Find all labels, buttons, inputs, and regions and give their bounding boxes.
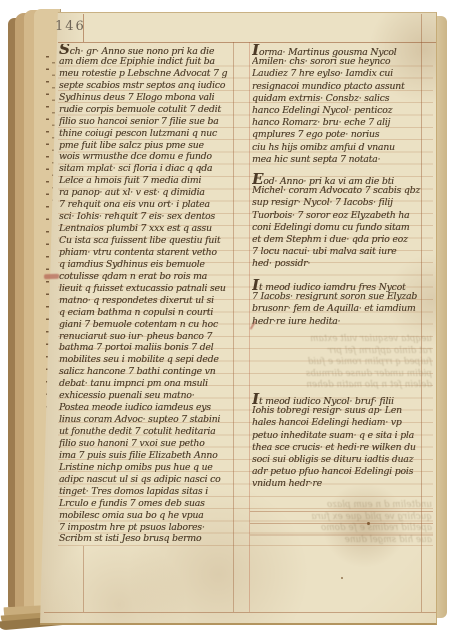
manuscript-text-line: petuo inheditate suam· q e sita i pla: [252, 430, 436, 442]
manuscript-text-line: Michel· coram Advocato 7 scabis qbz: [252, 185, 436, 197]
manuscript-text-line: Sch· gr· Anno sue nono pri ka die: [59, 44, 233, 56]
manuscript-text-line: mobilesc omia sua bo q he vpua: [59, 510, 233, 522]
manuscript-text-line: hales hancoi Edelingi hediam· vp: [252, 417, 436, 429]
manuscript-text-line: septe scabios mstr septos anq iudico: [59, 80, 233, 92]
manuscript-text-line: sci· Iohis· rehquit 7 eis· sex dentos: [59, 211, 233, 223]
manuscript-text-line: 7 locu nacui· ubi malva sait iure: [252, 246, 436, 258]
manuscript-text-line: mobilites seu i mobilite q sepi dede: [59, 354, 233, 366]
manuscript-text-line: ima 7 puis suis filie Elizabeth Anno: [59, 450, 233, 462]
manuscript-text-line: am diem dce Epiphie indict fuit ba: [59, 56, 233, 68]
manuscript-text-line: debat· tanu impnci pm ona msuli: [59, 378, 233, 390]
manuscript-text-line: delein fet n plo matin dehen: [254, 380, 432, 392]
manuscript-text-line: 7 rehquit ona eis vnu ort· i platea: [59, 199, 233, 211]
manuscript-text-line: meu rotestie p Lebschne Advocat 7 g: [59, 68, 233, 80]
manuscript-text-line: thea sce crucis· et hedi·re wilken du: [252, 442, 436, 454]
manuscript-text-line: quchirg ve plid que ex fura: [254, 512, 432, 524]
manuscript-text-line: hanco Romarz· bru· eche 7 alij: [252, 117, 436, 129]
manuscript-text-line: undtelim d n eum plazo: [254, 500, 432, 512]
manuscript-text-line: aue hid smgel dune: [254, 535, 432, 547]
manuscript-text-line: ra panop· aut xl· v est· q dimidia: [59, 187, 233, 199]
manuscript-text-line: bathma 7 portoi maliis bonis 7 del: [59, 342, 233, 354]
manuscript-text-line: hedr·re iure hedita·: [252, 316, 436, 328]
manuscript-text-line: Postea meode iudico iamdeus eys: [59, 402, 233, 414]
manuscript-text-line: thine coiugi pescon lutzmani q nuc: [59, 128, 233, 140]
verso-show-through-lower: undtelim d n eum plazoquchirg ve plid qu…: [254, 500, 432, 546]
left-text-column: Sch· gr· Anno sue nono pri ka dieam diem…: [59, 44, 233, 545]
manuscript-text-line: Scribm st isti Jeso brusq bermo: [59, 533, 233, 545]
manuscript-text-line: q iamdius Sydhinus eis bemuole: [59, 259, 233, 271]
manuscript-text-line: ciu hs hijs omibz amfui d vnanu: [252, 142, 436, 154]
manuscript-text-line: phiam· vtru contenta starent vetho: [59, 247, 233, 259]
manuscript-text-line: Iorma· Martinus gousma Nycol: [252, 44, 436, 56]
ink-speck: [341, 577, 343, 579]
manuscript-text-line: Lristine nichp omibs pus hue q ue: [59, 462, 233, 474]
manuscript-text-line: Lrculo e fundis 7 omes deb suas: [59, 498, 233, 510]
manuscript-text-line: filio suo hancoi senior 7 filie sue ba: [59, 116, 233, 128]
manuscript-text-line: tinget· Tres domos lapidas sitas i: [59, 486, 233, 498]
manuscript-text-line: It meod iudico iamdru fres Nycot: [252, 279, 436, 291]
manuscript-text-line: pidim umder dunse dirmubs: [254, 369, 432, 381]
manuscript-text-line: Laudiez 7 hre eylso· Iamdix cui: [252, 68, 436, 80]
right-column-entry-3: It meod iudico iamdru fres Nycot7 Iacobs…: [252, 279, 436, 328]
manuscript-text-line: Eod· Anno· pri ka vi am die bti: [252, 173, 436, 185]
right-column-entry-4: It meod iudico Nycol· bruf· filiiIohis t…: [252, 393, 436, 491]
manuscript-text-line: ueqpta vesquiar vult extam: [254, 334, 432, 346]
manuscript-text-line: Tuorbois· 7 soror eoz Elyzabeth ha: [252, 210, 436, 222]
manuscript-text-line: exhicessio puenali seu matno·: [59, 390, 233, 402]
manuscript-text-line: Iohis tobregi resigr· suus ap· Len: [252, 405, 436, 417]
folio-number: 146: [55, 19, 86, 34]
manuscript-text-line: adipc nascut ul si qs adipic nasci co: [59, 474, 233, 486]
manuscript-text-line: Cu ista sca fuissent libe questiu fuit: [59, 235, 233, 247]
top-frame-ruling-line: [58, 42, 436, 43]
manuscript-text-line: vnidum hedr·re: [252, 478, 436, 490]
manuscript-text-line: soci sui obligis se dituru iadtis duaz: [252, 454, 436, 466]
manuscript-text-line: It meod iudico Nycol· bruf· filii: [252, 393, 436, 405]
manuscript-text-line: 7 impostm hre pt psuos labores·: [59, 522, 233, 534]
manuscript-text-line: fuiped q rrplim romie e fuid: [254, 357, 432, 369]
manuscript-photo: 146 Sch· gr· Anno sue nono pri ka dieam …: [0, 0, 450, 635]
manuscript-text-line: rat dinlo apfurm fel prr: [254, 346, 432, 358]
manuscript-text-line: quidam extrnis· Consbz· salics: [252, 93, 436, 105]
manuscript-text-line: wois wrmusthe dce domu e fundo: [59, 151, 233, 163]
manuscript-text-line: qmplures 7 ego pote· norius: [252, 129, 436, 141]
manuscript-text-line: 7 Iacobs· resigrunt soron sue Elyzab: [252, 291, 436, 303]
manuscript-text-line: ut fonuthe dedit 7 cotulit heditaria: [59, 426, 233, 438]
manuscript-text-line: lieuit q fuisset extucassio patnali seu: [59, 283, 233, 295]
manuscript-text-line: Lentnaios plumbi 7 xxx est q assu: [59, 223, 233, 235]
right-column-entry-2: Eod· Anno· pri ka vi am die btiMichel· c…: [252, 173, 436, 271]
manuscript-text-line: Sydhinus deus 7 Elogo mbona vali: [59, 92, 233, 104]
manuscript-text-line: mea hic sunt septa 7 notata·: [252, 154, 436, 166]
bottom-frame-ruling-line: [44, 612, 436, 613]
manuscript-text-line: Lelce a hmois fuit 7 media dimi: [59, 175, 233, 187]
manuscript-text-line: matno· q respondetes dixerut ul si: [59, 295, 233, 307]
manuscript-text-line: brusonr· fem de Aquilla· et iamdium: [252, 303, 436, 315]
manuscript-text-line: giani 7 bemuole cotentam n cu hoc: [59, 319, 233, 331]
manuscript-text-line: adr petuo pfuo hancoi Edelingi pois: [252, 466, 436, 478]
manuscript-text-line: coni Edelingi domu cu fundo sitam: [252, 222, 436, 234]
verso-show-through-upper: ueqpta vesquiar vult extamrat dinlo apfu…: [254, 334, 432, 392]
manuscript-text-line: rudie corpis bemuole cotulit 7 dedit: [59, 104, 233, 116]
manuscript-text-line: cotulisse qdam n erat bo rois ma: [59, 271, 233, 283]
manuscript-text-line: pme fuit libe salcz pius pme sue: [59, 140, 233, 152]
left-margin-ruling-line: [83, 546, 84, 612]
manuscript-text-line: hanco Edelingi Nycol· penticoz: [252, 105, 436, 117]
manuscript-text-line: sup resigr· Nycol· 7 Iacobs· filij: [252, 197, 436, 209]
manuscript-text-line: apetlid redims e fe domo: [254, 523, 432, 535]
manuscript-text-line: resignacoi mundico ptacto assunt: [252, 81, 436, 93]
manuscript-text-line: sitam mplat· sci floria i diac q qda: [59, 163, 233, 175]
manuscript-text-line: hed· possidr·: [252, 258, 436, 270]
red-marginal-annotation: [44, 274, 59, 280]
manuscript-text-line: Amilen· chs· sorori sue heynco: [252, 56, 436, 68]
manuscript-text-line: renuciarut suo iur· pheus banco 7: [59, 331, 233, 343]
manuscript-text-line: filio suo hanoni 7 vxoi sue petho: [59, 438, 233, 450]
manuscript-text-line: et dem Stephm i due· qda prio eoz: [252, 234, 436, 246]
manuscript-text-line: linus coram Advoc· supteo 7 stabini: [59, 414, 233, 426]
manuscript-text-line: salicz hancone 7 bathi continge vn: [59, 366, 233, 378]
manuscript-text-line: q eciam bathma n copulsi n courti: [59, 307, 233, 319]
right-column-entry-1: Iorma· Martinus gousma NycolAmilen· chs·…: [252, 44, 436, 166]
